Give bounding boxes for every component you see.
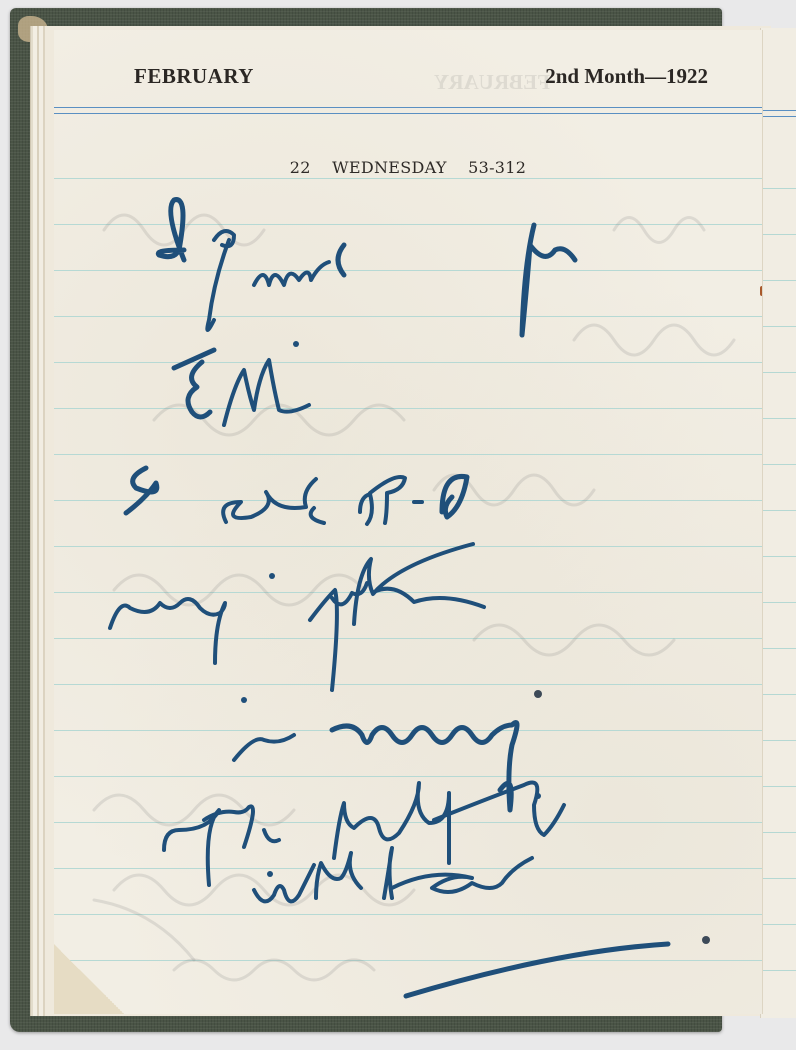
- entry-line: I go work for: [54, 30, 55, 31]
- entry-transcription: I go work for Ellis I took P.P. racing f…: [54, 30, 55, 31]
- handwritten-entry: [54, 30, 762, 1014]
- diary-page: FEBRUARY FEBRUARY 2nd Month—1922 22 WEDN…: [54, 30, 763, 1014]
- rust-mark: [760, 286, 763, 296]
- page-corner: [54, 944, 124, 1014]
- next-page-edge: [760, 28, 796, 1018]
